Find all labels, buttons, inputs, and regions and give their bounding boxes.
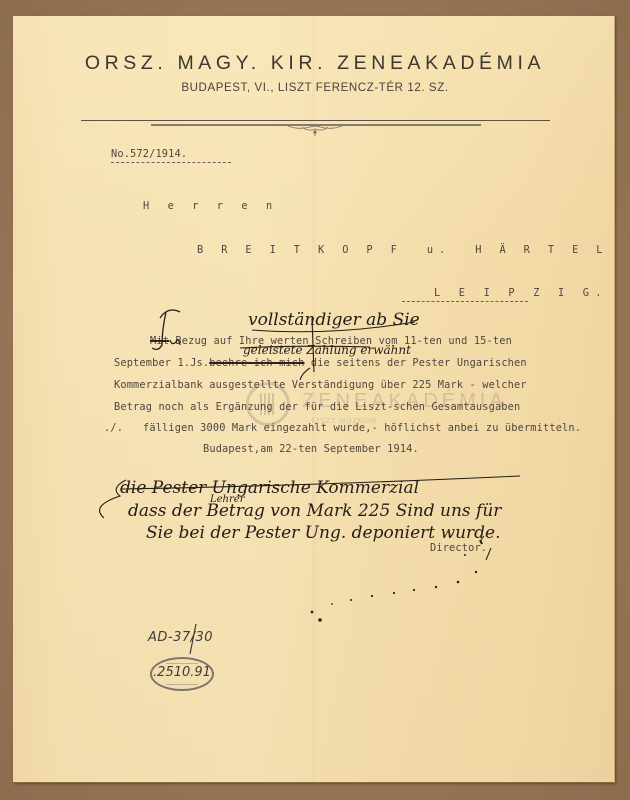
letterhead-rule xyxy=(81,120,550,121)
signature-title: Director. xyxy=(430,542,487,554)
salutation: H e r r e n xyxy=(143,200,278,212)
archive-reference: AD-37/30 xyxy=(148,630,213,645)
recipient-firm: B R E I T K O P F u. H Ä R T E L xyxy=(197,244,608,256)
margin-mark: ./. xyxy=(104,422,123,434)
body-line-4: Betrag noch als Ergänzung der für die Li… xyxy=(114,401,520,413)
date-line: Budapest,am 22-ten September 1914. xyxy=(203,443,419,455)
body-line-3: Kommerzialbank ausgestellte Verständigun… xyxy=(114,379,527,391)
stamp-number: .2510.91 xyxy=(152,665,212,680)
stamp-text-bottom xyxy=(166,684,198,685)
body-line-1: Mit Bezug auf Ihre werten Schreiben vom … xyxy=(150,335,512,347)
body-line-2: September 1.Js.beehre ich mich die seite… xyxy=(114,357,527,369)
letterhead-title: ORSZ. MAGY. KIR. ZENEAKADÉMIA xyxy=(0,52,630,75)
reference-number: No.572/1914. xyxy=(111,148,187,160)
ornament-icon xyxy=(284,124,346,136)
stamp-text-top xyxy=(166,663,198,664)
body-line-5: fälligen 3000 Mark eingezahlt wurde,- hö… xyxy=(143,422,581,434)
museum-watermark: ZENEAKADÉMIA LISZT MÚZEUM xyxy=(210,388,470,448)
archive-slash-icon xyxy=(188,622,198,656)
letterhead-address: BUDAPEST, VI., LISZT FERENCZ-TÉR 12. SZ. xyxy=(0,82,630,94)
city-underline xyxy=(402,301,528,302)
reference-underline xyxy=(111,162,231,163)
archive-stamp: .2510.91 xyxy=(150,657,214,691)
struck-word: Mit xyxy=(150,335,169,347)
struck-phrase: beehre ich mich xyxy=(209,357,304,369)
recipient-city: L E I P Z I G. xyxy=(434,287,608,299)
